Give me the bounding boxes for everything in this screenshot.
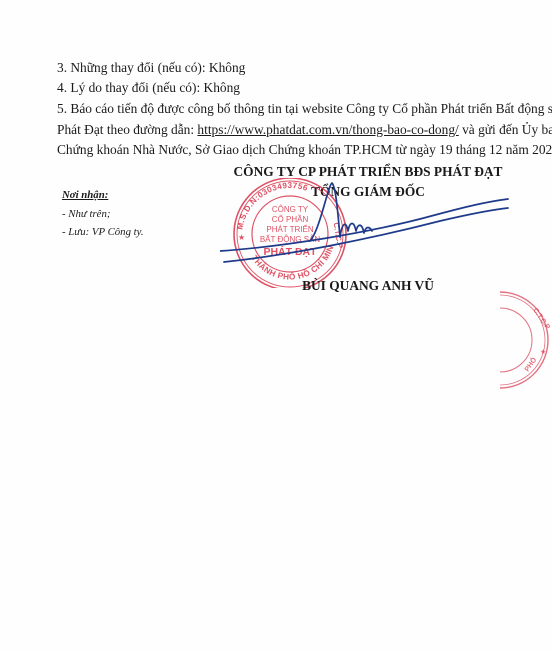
svg-text:CÔNG TY: CÔNG TY: [272, 205, 309, 214]
item-5-line-2-prefix: Phát Đạt theo đường dẫn:: [57, 122, 197, 137]
company-name: CÔNG TY CP PHÁT TRIỂN BĐS PHÁT ĐẠT: [230, 164, 506, 180]
svg-text:BẤT ĐỘNG SẢN: BẤT ĐỘNG SẢN: [260, 234, 321, 244]
signer-name: BÙI QUANG ANH VŨ: [230, 278, 506, 294]
item-3-changes: 3. Những thay đổi (nếu có): Không: [57, 60, 245, 76]
recipient-item: - Như trên;: [62, 205, 144, 224]
disclosure-link[interactable]: https://www.phatdat.com.vn/thong-bao-co-…: [197, 122, 458, 137]
recipient-item: - Lưu: VP Công ty.: [62, 223, 144, 242]
svg-text:PHÁT ĐẠT: PHÁT ĐẠT: [263, 245, 317, 258]
item-5-line-2: Phát Đạt theo đường dẫn: https://www.pha…: [57, 122, 552, 138]
svg-text:★: ★: [238, 233, 245, 242]
recipients-title: Nơi nhận:: [62, 186, 144, 205]
document-page: 3. Những thay đổi (nếu có): Không 4. Lý …: [0, 0, 552, 653]
item-4-reason: 4. Lý do thay đổi (nếu có): Không: [57, 80, 240, 96]
recipients-block: Nơi nhận: - Như trên; - Lưu: VP Công ty.: [62, 186, 144, 242]
svg-text:C.T.C.P: C.T.C.P: [332, 222, 345, 249]
svg-text:★: ★: [540, 348, 546, 356]
svg-text:PHÁT TRIỂN: PHÁT TRIỂN: [266, 225, 313, 234]
item-5-line-2-suffix: và gửi đến Ủy ban: [459, 122, 552, 137]
partial-stamp-icon: C.T.C.P ★ PHỐ: [500, 290, 552, 390]
item-5-line-1: 5. Báo cáo tiến độ được công bố thông ti…: [57, 101, 552, 117]
svg-text:PHỐ: PHỐ: [521, 355, 538, 374]
svg-text:CỔ PHẦN: CỔ PHẦN: [272, 214, 309, 224]
item-5-line-3: Chứng khoán Nhà Nước, Sở Giao dịch Chứng…: [57, 142, 552, 158]
signer-position: TỔNG GIÁM ĐỐC: [230, 184, 506, 200]
svg-text:C.T.C.P: C.T.C.P: [531, 307, 551, 331]
